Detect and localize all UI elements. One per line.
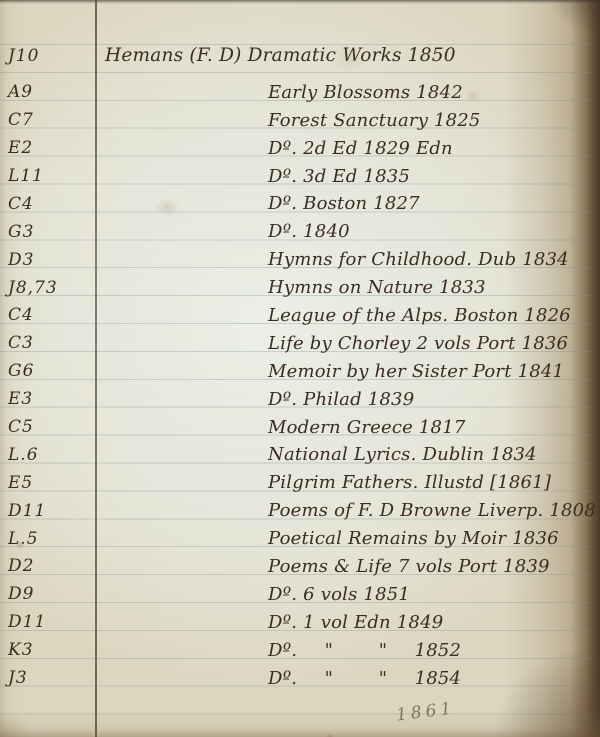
entry-text: Pilgrim Fathers. Illustd [1861] [95, 472, 600, 493]
entry-text: League of the Alps. Boston 1826 [95, 305, 600, 326]
shelfmark: K3 [0, 640, 95, 660]
shelfmark: C7 [0, 110, 95, 130]
shelfmark: J8,73 [0, 278, 95, 298]
shelfmark: E2 [0, 138, 95, 158]
entry-text: National Lyrics. Dublin 1834 [95, 444, 600, 465]
catalog-row: D2 Poems & Life 7 vols Port 1839 [0, 553, 600, 581]
catalog-row: E5 Pilgrim Fathers. Illustd [1861] [0, 469, 600, 497]
entry-text: Dº. " " 1852 [95, 640, 600, 661]
entry-text: Dº. 2d Ed 1829 Edn [95, 138, 600, 159]
shelfmark: G3 [0, 222, 95, 242]
catalog-row: J8,73 Hymns on Nature 1833 [0, 274, 600, 302]
shelfmark: G6 [0, 361, 95, 381]
entry-text: Dº. " " 1854 [95, 668, 600, 689]
catalog-row: L.5 Poetical Remains by Moir 1836 [0, 525, 600, 553]
entry-text: Poems of F. D Browne Liverp. 1808 [95, 500, 600, 521]
shelfmark: C5 [0, 417, 95, 437]
entry-text: Dº. 1 vol Edn 1849 [95, 612, 600, 633]
shelfmark: L.5 [0, 529, 95, 549]
shelfmark: L.6 [0, 445, 95, 465]
catalog-row: C7 Forest Sanctuary 1825 [0, 106, 600, 134]
catalog-row: D11 Poems of F. D Browne Liverp. 1808 [0, 497, 600, 525]
catalog-row: A9 Early Blossoms 1842 [0, 78, 600, 106]
entry-text: Dº. Boston 1827 [95, 193, 600, 214]
shelfmark: C4 [0, 194, 95, 214]
shelfmark: E3 [0, 389, 95, 409]
catalog-row: E2 Dº. 2d Ed 1829 Edn [0, 134, 600, 162]
catalog-row: G6 Memoir by her Sister Port 1841 [0, 357, 600, 385]
shelfmark: E5 [0, 473, 95, 493]
entry-text: Forest Sanctuary 1825 [95, 110, 600, 131]
catalog-row: J10 Hemans (F. D) Dramatic Works 1850 [0, 42, 600, 70]
entry-text: Hymns for Childhood. Dub 1834 [95, 249, 600, 270]
shelfmark: C3 [0, 333, 95, 353]
entry-text: Dº. 6 vols 1851 [95, 584, 600, 605]
entry-text: Hemans (F. D) Dramatic Works 1850 [95, 45, 600, 66]
manuscript-page: J10 Hemans (F. D) Dramatic Works 1850 A9… [0, 0, 600, 737]
catalog-row: C3 Life by Chorley 2 vols Port 1836 [0, 329, 600, 357]
shelfmark: D2 [0, 556, 95, 576]
catalog-row: L11 Dº. 3d Ed 1835 [0, 162, 600, 190]
catalog-row: C4 Dº. Boston 1827 [0, 190, 600, 218]
catalog-row: D11 Dº. 1 vol Edn 1849 [0, 608, 600, 636]
catalog-row: C5 Modern Greece 1817 [0, 413, 600, 441]
entry-text: Poems & Life 7 vols Port 1839 [95, 556, 600, 577]
catalog-row: E3 Dº. Philad 1839 [0, 385, 600, 413]
shelfmark: D11 [0, 501, 95, 521]
entry-text: Dº. 1840 [95, 221, 600, 242]
entry-text: Early Blossoms 1842 [95, 82, 600, 103]
shelfmark: D9 [0, 584, 95, 604]
catalog-row: L.6 National Lyrics. Dublin 1834 [0, 441, 600, 469]
shelfmark: J3 [0, 668, 95, 688]
entry-text: Life by Chorley 2 vols Port 1836 [95, 333, 600, 354]
catalog-row: J3 Dº. " " 1854 [0, 664, 600, 692]
entry-text: Dº. Philad 1839 [95, 389, 600, 410]
catalog-row: C4 League of the Alps. Boston 1826 [0, 302, 600, 330]
catalog-rows: J10 Hemans (F. D) Dramatic Works 1850 A9… [0, 42, 600, 692]
shelfmark: J10 [0, 46, 95, 66]
catalog-row: G3 Dº. 1840 [0, 218, 600, 246]
shelfmark: D11 [0, 612, 95, 632]
catalog-row: D3 Hymns for Childhood. Dub 1834 [0, 246, 600, 274]
shelfmark: C4 [0, 305, 95, 325]
entry-text: Memoir by her Sister Port 1841 [95, 361, 600, 382]
entry-text: Poetical Remains by Moir 1836 [95, 528, 600, 549]
catalog-row: D9 Dº. 6 vols 1851 [0, 580, 600, 608]
shelfmark: A9 [0, 82, 95, 102]
entry-text: Hymns on Nature 1833 [95, 277, 600, 298]
entry-text: Dº. 3d Ed 1835 [95, 166, 600, 187]
catalog-row: K3 Dº. " " 1852 [0, 636, 600, 664]
entry-text: Modern Greece 1817 [95, 417, 600, 438]
shelfmark: D3 [0, 250, 95, 270]
shelfmark: L11 [0, 166, 95, 186]
year-note: 1861 [395, 698, 456, 725]
